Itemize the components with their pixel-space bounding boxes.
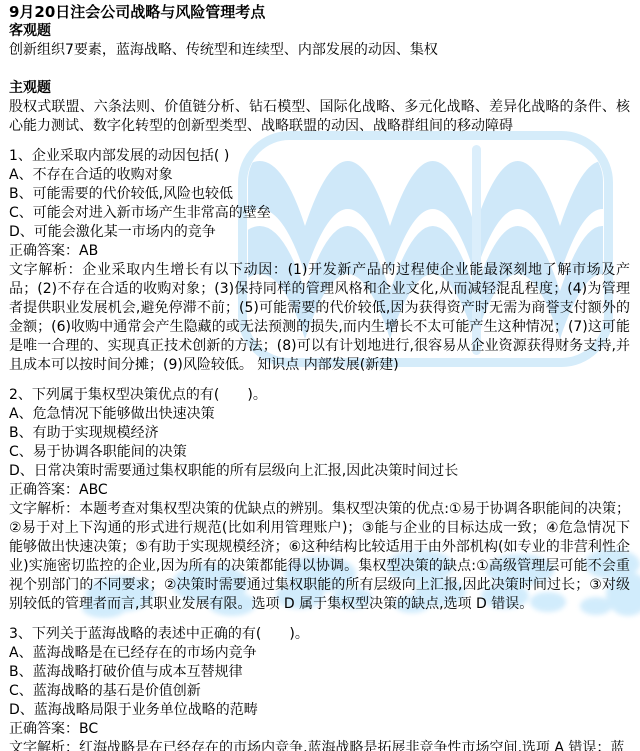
question-option-c: C、易于协调各职能间的决策 bbox=[9, 443, 630, 462]
answer-line: 正确答案：AB bbox=[9, 242, 630, 261]
answer-line: 正确答案：BC bbox=[9, 720, 630, 739]
question-stem: 2、下列属于集权型决策优点的有( )。 bbox=[9, 386, 630, 405]
question-stem: 1、企业采取内部发展的动因包括( ) bbox=[9, 147, 630, 166]
question-block-2: 2、下列属于集权型决策优点的有( )。 A、危急情况下能够做出快速决策 B、有助… bbox=[9, 386, 630, 614]
question-option-b: B、可能需要的代价较低,风险也较低 bbox=[9, 185, 630, 204]
objective-content: 创新组织7要素，蓝海战略、传统型和连续型、内部发展的动因、集权 bbox=[9, 41, 630, 60]
subjective-content: 股权式联盟、六条法则、价值链分析、钻石模型、国际化战略、多元化战略、差异化战略的… bbox=[9, 98, 630, 136]
question-option-b: B、有助于实现规模经济 bbox=[9, 424, 630, 443]
question-option-d: D、日常决策时需要通过集权职能的所有层级向上汇报,因此决策时间过长 bbox=[9, 462, 630, 481]
objective-heading: 客观题 bbox=[9, 22, 630, 41]
question-option-b: B、蓝海战略打破价值与成本互替规律 bbox=[9, 663, 630, 682]
question-option-c: C、可能会对进入新市场产生非常高的壁垒 bbox=[9, 204, 630, 223]
question-block-1: 1、企业采取内部发展的动因包括( ) A、不存在合适的收购对象 B、可能需要的代… bbox=[9, 147, 630, 375]
subjective-heading: 主观题 bbox=[9, 79, 630, 98]
question-block-3: 3、下列关于蓝海战略的表述中正确的有( )。 A、蓝海战略是在已经存在的市场内竞… bbox=[9, 625, 630, 751]
answer-line: 正确答案：ABC bbox=[9, 481, 630, 500]
question-option-a: A、不存在合适的收购对象 bbox=[9, 166, 630, 185]
question-option-d: D、蓝海战略局限于业务单位战略的范畴 bbox=[9, 701, 630, 720]
document-content: 9月20日注会公司战略与风险管理考点 客观题 创新组织7要素，蓝海战略、传统型和… bbox=[0, 0, 640, 751]
page-title: 9月20日注会公司战略与风险管理考点 bbox=[9, 3, 630, 22]
question-option-a: A、蓝海战略是在已经存在的市场内竞争 bbox=[9, 644, 630, 663]
analysis-text: 文字解析：红海战略是在已经存在的市场内竞争,蓝海战略是拓展非竞争性市场空间,选项… bbox=[9, 739, 630, 751]
analysis-text: 文字解析：企业采取内生增长有以下动因：(1)开发新产品的过程使企业能最深刻地了解… bbox=[9, 261, 630, 375]
question-option-d: D、可能会激化某一市场内的竞争 bbox=[9, 223, 630, 242]
analysis-text: 文字解析：本题考查对集权型决策的优缺点的辨别。集权型决策的优点:①易于协调各职能… bbox=[9, 500, 630, 614]
question-option-a: A、危急情况下能够做出快速决策 bbox=[9, 405, 630, 424]
question-stem: 3、下列关于蓝海战略的表述中正确的有( )。 bbox=[9, 625, 630, 644]
question-option-c: C、蓝海战略的基石是价值创新 bbox=[9, 682, 630, 701]
document-page: 9月20日注会公司战略与风险管理考点 客观题 创新组织7要素，蓝海战略、传统型和… bbox=[0, 0, 640, 751]
